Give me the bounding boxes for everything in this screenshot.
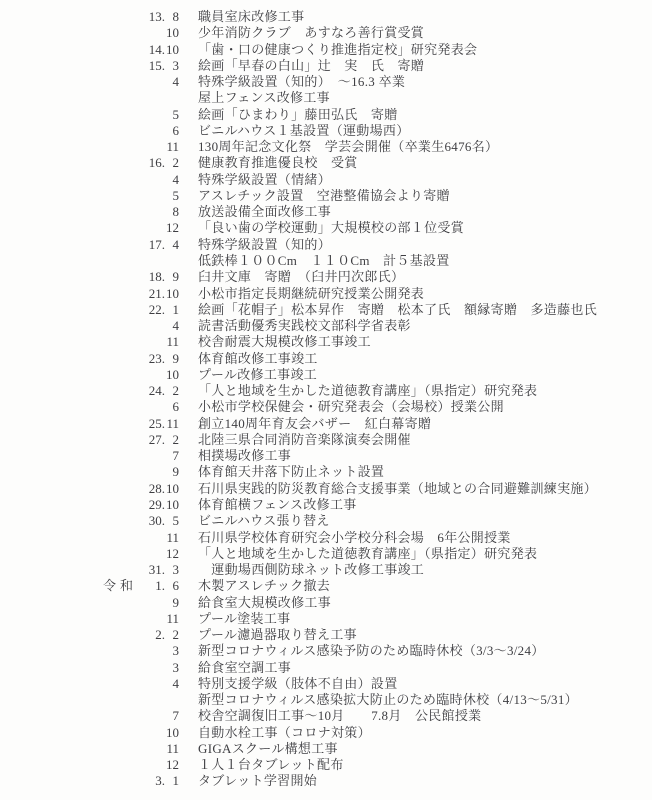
month-number: 12 bbox=[165, 757, 179, 773]
history-row: 7 相撲場改修工事 bbox=[0, 448, 597, 464]
month-number: 4 bbox=[165, 676, 179, 692]
history-row: 12 「人と地域を生かした道徳教育講座」（県指定）研究発表 bbox=[0, 546, 597, 562]
year-number: 24. bbox=[148, 383, 165, 399]
history-row: 屋上フェンス改修工事 bbox=[0, 90, 597, 106]
history-row: 5 アスレチック設置 空港整備協会より寄贈 bbox=[0, 188, 597, 204]
event-text: 運動場西側防球ネット改修工事竣工 bbox=[198, 562, 424, 578]
document-page: 13. 8 職員室床改修工事 10 少年消防クラブ あすなろ善行賞受賞 14. … bbox=[0, 0, 652, 800]
history-row: 新型コロナウィルス感染拡大防止のため臨時休校（4/13～5/31） bbox=[0, 692, 597, 708]
month-number: 4 bbox=[165, 318, 179, 334]
month-number: 3 bbox=[165, 562, 179, 578]
month-number: 10 bbox=[165, 481, 179, 497]
month-number: 4 bbox=[165, 237, 179, 253]
month-number: 2 bbox=[165, 627, 179, 643]
event-text: 小松市学校保健会・研究発表会（会場校）授業公開 bbox=[198, 399, 504, 415]
history-row: 3 給食室空調工事 bbox=[0, 660, 597, 676]
history-row: 低鉄棒１００Cm １１０Cm 計５基設置 bbox=[0, 253, 597, 269]
month-number: 2 bbox=[165, 383, 179, 399]
event-text: 「人と地域を生かした道徳教育講座」（県指定）研究発表 bbox=[198, 383, 537, 399]
history-row: 25. 11 創立140周年育友会バザー 紅白幕寄贈 bbox=[0, 416, 597, 432]
year-number: 21. bbox=[148, 286, 165, 302]
month-number: 2 bbox=[165, 155, 179, 171]
month-number: 3 bbox=[165, 660, 179, 676]
event-text: 読書活動優秀実践校文部科学省表彰 bbox=[198, 318, 411, 334]
event-text: プール改修工事竣工 bbox=[198, 367, 317, 383]
history-row: 11 130周年記念文化祭 学芸会開催（卒業生6476名） bbox=[0, 139, 597, 155]
month-number: 10 bbox=[165, 286, 179, 302]
year-number: 15. bbox=[148, 58, 165, 74]
year-number: 3. bbox=[148, 773, 165, 789]
year-number: 2. bbox=[148, 627, 165, 643]
month-number: 6 bbox=[165, 399, 179, 415]
event-text: 北陸三県合同消防音楽隊演奏会開催 bbox=[198, 432, 411, 448]
event-text: 給食室大規模改修工事 bbox=[198, 595, 331, 611]
month-number: 2 bbox=[165, 432, 179, 448]
history-row-list: 13. 8 職員室床改修工事 10 少年消防クラブ あすなろ善行賞受賞 14. … bbox=[0, 9, 597, 790]
event-text: 体育館改修工事竣工 bbox=[198, 351, 318, 367]
month-number: 10 bbox=[165, 42, 179, 58]
history-row: 10 少年消防クラブ あすなろ善行賞受賞 bbox=[0, 25, 597, 41]
event-text: 特殊学級設置（知的） ～16.3 卒業 bbox=[198, 74, 405, 90]
event-text: タブレット学習開始 bbox=[198, 773, 317, 789]
month-number: 6 bbox=[165, 123, 179, 139]
history-row: 6 ビニルハウス１基設置（運動場西） bbox=[0, 123, 597, 139]
history-row: 24. 2 「人と地域を生かした道徳教育講座」（県指定）研究発表 bbox=[0, 383, 597, 399]
year-number: 16. bbox=[148, 155, 165, 171]
history-row: 15. 3 絵画「早春の白山」辻 実 氏 寄贈 bbox=[0, 58, 597, 74]
history-row: 21. 10 小松市指定長期継続研究授業公開発表 bbox=[0, 286, 597, 302]
event-text: 新型コロナウィルス感染拡大防止のため臨時休校（4/13～5/31） bbox=[198, 692, 578, 708]
year-number: 29. bbox=[148, 497, 165, 513]
year-number: 17. bbox=[148, 237, 165, 253]
history-row: 5 絵画「ひまわり」藤田弘氏 寄贈 bbox=[0, 107, 597, 123]
event-text: 木製アスレチック撤去 bbox=[198, 578, 330, 594]
month-number: 5 bbox=[165, 107, 179, 123]
history-row: 6 小松市学校保健会・研究発表会（会場校）授業公開 bbox=[0, 399, 597, 415]
month-number: 5 bbox=[165, 188, 179, 204]
event-text: 特別支援学級（肢体不自由）設置 bbox=[198, 676, 398, 692]
history-row: 令和 1. 6 木製アスレチック撤去 bbox=[0, 578, 597, 594]
month-number: 10 bbox=[165, 725, 179, 741]
year-number: 18. bbox=[148, 269, 165, 285]
history-row: 11 GIGAスクール構想工事 bbox=[0, 741, 597, 757]
month-number: 11 bbox=[165, 611, 179, 627]
year-number: 13. bbox=[148, 9, 165, 25]
event-text: 特殊学級設置（情緒） bbox=[198, 172, 331, 188]
event-text: 臼井文庫 寄贈 （臼井円次郎氏） bbox=[198, 269, 404, 285]
month-number: 9 bbox=[165, 351, 179, 367]
month-number: 11 bbox=[165, 139, 179, 155]
history-row: 30. 5 ビニルハウス張り替え bbox=[0, 513, 597, 529]
event-text: プール塗装工事 bbox=[198, 611, 290, 627]
event-text: 創立140周年育友会バザー 紅白幕寄贈 bbox=[198, 416, 431, 432]
history-row: 9 給食室大規模改修工事 bbox=[0, 595, 597, 611]
history-row: 10 自動水栓工事（コロナ対策） bbox=[0, 725, 597, 741]
history-row: 7 校舎空調復旧工事～10月 7.8月 公民館授業 bbox=[0, 708, 597, 724]
event-text: 絵画「早春の白山」辻 実 氏 寄贈 bbox=[198, 58, 424, 74]
history-row: 29. 10 体育館横フェンス改修工事 bbox=[0, 497, 597, 513]
event-text: 「良い歯の学校運動」大規模校の部１位受賞 bbox=[198, 220, 464, 236]
month-number: 9 bbox=[165, 269, 179, 285]
history-row: 31. 3 運動場西側防球ネット改修工事竣工 bbox=[0, 562, 597, 578]
year-number: 14. bbox=[148, 42, 165, 58]
month-number: 9 bbox=[165, 464, 179, 480]
month-number: 3 bbox=[165, 643, 179, 659]
year-number: 30. bbox=[148, 513, 165, 529]
event-text: 特殊学級設置（知的） bbox=[198, 237, 331, 253]
event-text: 「人と地域を生かした道徳教育講座」（県指定）研究発表 bbox=[198, 546, 537, 562]
month-number: 3 bbox=[165, 58, 179, 74]
event-text: 自動水栓工事（コロナ対策） bbox=[198, 725, 371, 741]
year-number: 23. bbox=[148, 351, 165, 367]
event-text: 給食室空調工事 bbox=[198, 660, 291, 676]
month-number: 10 bbox=[165, 497, 179, 513]
event-text: アスレチック設置 空港整備協会より寄贈 bbox=[198, 188, 450, 204]
event-text: 校舎空調復旧工事～10月 7.8月 公民館授業 bbox=[198, 708, 481, 724]
event-text: 屋上フェンス改修工事 bbox=[198, 90, 330, 106]
event-text: 職員室床改修工事 bbox=[198, 9, 304, 25]
history-row: 4 特殊学級設置（情緒） bbox=[0, 172, 597, 188]
history-row: 8 放送設備全面改修工事 bbox=[0, 204, 597, 220]
event-text: 「歯・口の健康つくり推進指定校」研究発表会 bbox=[198, 42, 477, 58]
history-row: 3 新型コロナウィルス感染予防のため臨時休校（3/3～3/24） bbox=[0, 643, 597, 659]
history-row: 2. 2 プール濾過器取り替え工事 bbox=[0, 627, 597, 643]
event-text: １人１台タブレット配布 bbox=[198, 757, 344, 773]
year-number: 25. bbox=[148, 416, 165, 432]
history-row: 4 特殊学級設置（知的） ～16.3 卒業 bbox=[0, 74, 597, 90]
year-number: 28. bbox=[148, 481, 165, 497]
event-text: 相撲場改修工事 bbox=[198, 448, 291, 464]
month-number: 8 bbox=[165, 9, 179, 25]
month-number: 1 bbox=[165, 302, 179, 318]
month-number: 4 bbox=[165, 74, 179, 90]
history-row: 22. 1 絵画「花帽子」松本昇作 寄贈 松本了氏 額縁寄贈 多造藤也氏 bbox=[0, 302, 597, 318]
event-text: 絵画「ひまわり」藤田弘氏 寄贈 bbox=[198, 107, 398, 123]
history-row: 17. 4 特殊学級設置（知的） bbox=[0, 237, 597, 253]
history-row: 12 「良い歯の学校運動」大規模校の部１位受賞 bbox=[0, 220, 597, 236]
month-number: 11 bbox=[165, 530, 179, 546]
event-text: 石川県実践的防災教育総合支援事業（地域との合同避難訓練実施） bbox=[198, 481, 597, 497]
era-label: 令和 bbox=[103, 578, 148, 594]
event-text: 低鉄棒１００Cm １１０Cm 計５基設置 bbox=[198, 253, 450, 269]
history-row: 27. 2 北陸三県合同消防音楽隊演奏会開催 bbox=[0, 432, 597, 448]
month-number: 7 bbox=[165, 708, 179, 724]
event-text: 130周年記念文化祭 学芸会開催（卒業生6476名） bbox=[198, 139, 498, 155]
event-text: 新型コロナウィルス感染予防のため臨時休校（3/3～3/24） bbox=[198, 643, 545, 659]
history-row: 3. 1 タブレット学習開始 bbox=[0, 773, 597, 789]
month-number: 12 bbox=[165, 220, 179, 236]
month-number: 4 bbox=[165, 172, 179, 188]
year-number: 27. bbox=[148, 432, 165, 448]
history-row: 11 石川県学校体育研究会小学校分科会場 6年公開授業 bbox=[0, 530, 597, 546]
history-row: 9 体育館天井落下防止ネット設置 bbox=[0, 464, 597, 480]
year-number: 31. bbox=[148, 562, 165, 578]
month-number: 1 bbox=[165, 773, 179, 789]
month-number: 6 bbox=[165, 578, 179, 594]
event-text: ビニルハウス１基設置（運動場西） bbox=[198, 123, 410, 139]
event-text: 体育館横フェンス改修工事 bbox=[198, 497, 357, 513]
event-text: ビニルハウス張り替え bbox=[198, 513, 330, 529]
event-text: 少年消防クラブ あすなろ善行賞受賞 bbox=[198, 25, 424, 41]
month-number: 9 bbox=[165, 595, 179, 611]
month-number: 11 bbox=[165, 741, 179, 757]
history-row: 4 特別支援学級（肢体不自由）設置 bbox=[0, 676, 597, 692]
history-row: 4 読書活動優秀実践校文部科学省表彰 bbox=[0, 318, 597, 334]
history-row: 14. 10 「歯・口の健康つくり推進指定校」研究発表会 bbox=[0, 42, 597, 58]
month-number: 8 bbox=[165, 204, 179, 220]
event-text: 放送設備全面改修工事 bbox=[198, 204, 331, 220]
event-text: 石川県学校体育研究会小学校分科会場 6年公開授業 bbox=[198, 530, 511, 546]
year-number: 22. bbox=[148, 302, 165, 318]
event-text: 校舎耐震大規模改修工事竣工 bbox=[198, 334, 371, 350]
history-row: 18. 9 臼井文庫 寄贈 （臼井円次郎氏） bbox=[0, 269, 597, 285]
history-row: 11 校舎耐震大規模改修工事竣工 bbox=[0, 334, 597, 350]
event-text: 絵画「花帽子」松本昇作 寄贈 松本了氏 額縁寄贈 多造藤也氏 bbox=[198, 302, 597, 318]
history-row: 16. 2 健康教育推進優良校 受賞 bbox=[0, 155, 597, 171]
month-number: 12 bbox=[165, 546, 179, 562]
month-number: 11 bbox=[165, 416, 179, 432]
event-text: 健康教育推進優良校 受賞 bbox=[198, 155, 358, 171]
month-number: 5 bbox=[165, 513, 179, 529]
month-number: 7 bbox=[165, 448, 179, 464]
month-number: 10 bbox=[165, 367, 179, 383]
history-row: 10 プール改修工事竣工 bbox=[0, 367, 597, 383]
history-row: 11 プール塗装工事 bbox=[0, 611, 597, 627]
history-row: 12 １人１台タブレット配布 bbox=[0, 757, 597, 773]
event-text: GIGAスクール構想工事 bbox=[198, 741, 338, 757]
event-text: プール濾過器取り替え工事 bbox=[198, 627, 357, 643]
event-text: 体育館天井落下防止ネット設置 bbox=[198, 464, 384, 480]
history-row: 28. 10 石川県実践的防災教育総合支援事業（地域との合同避難訓練実施） bbox=[0, 481, 597, 497]
month-number: 11 bbox=[165, 334, 179, 350]
event-text: 小松市指定長期継続研究授業公開発表 bbox=[198, 286, 424, 302]
history-row: 23. 9 体育館改修工事竣工 bbox=[0, 351, 597, 367]
year-number: 1. bbox=[148, 578, 165, 594]
month-number: 10 bbox=[165, 25, 179, 41]
history-row: 13. 8 職員室床改修工事 bbox=[0, 9, 597, 25]
